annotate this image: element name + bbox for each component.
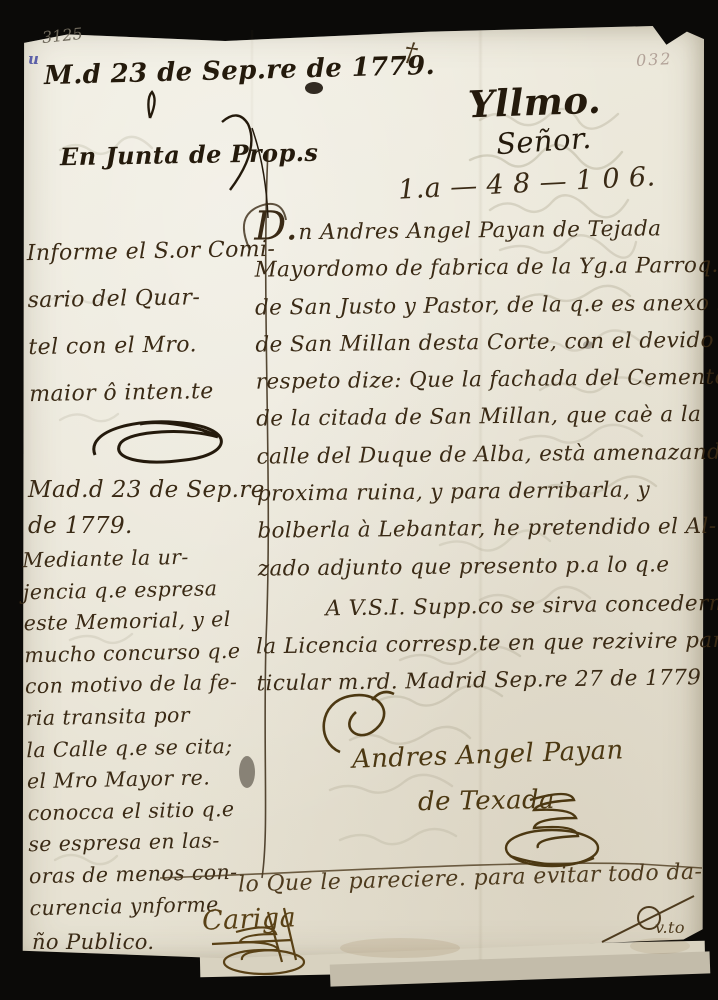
salutation-senor: Señor. — [495, 121, 593, 162]
margin-resolution-line: Mediante la ur- — [22, 541, 239, 577]
verso-mark: v.to — [655, 918, 685, 937]
margin-decree-line: Informe el S.or Comi- — [26, 226, 275, 277]
petition-closing: A V.S.I. Supp.co se sirva concederme la … — [255, 585, 718, 703]
margin-resolution-line: la Calle q.e se cita; — [26, 730, 243, 766]
decree-date-line1: Mad.d 23 de Sep.re — [28, 477, 265, 503]
body-line: de San Millan desta Corte, con el devido — [255, 321, 718, 364]
margin-decree-line: sario del Quar- — [27, 273, 276, 324]
margin-resolution-line: mucho concurso q.e — [24, 636, 241, 672]
resolution-end: ño Publico. — [32, 930, 154, 954]
petition-line: A V.S.I. Supp.co se sirva concederme — [255, 585, 718, 629]
body-line: zado adjunto que presento p.a lo q.e — [258, 545, 718, 588]
body-line: calle del Duque de Alba, està amenazando — [256, 433, 718, 476]
margin-resolution-line: ria transita por — [25, 699, 242, 735]
margin-resolution-line: oras de menos con- — [29, 857, 246, 893]
petition-line: la Licencia corresp.te en que rezivire p… — [256, 622, 718, 666]
margin-resolution-line: con motivo de la fe- — [25, 667, 242, 703]
margin-resolution-line: conocca el sitio q.e — [27, 793, 244, 829]
salutation-illmo: Yllmo. — [467, 78, 601, 127]
body-line: respeto dize: Que la fachada del Cemente… — [256, 359, 718, 402]
body-line: de San Justo y Pastor, de la q.e es anex… — [255, 284, 718, 327]
petition-line: ticular m.rd. Madrid Sep.re 27 de 1779 — [256, 659, 718, 703]
body-line: de la citada de San Millan, que caè a la — [256, 396, 718, 439]
margin-decree-line: tel con el Mro. — [28, 320, 277, 371]
margin-resolution: Mediante la ur- jencia q.e espresa este … — [22, 541, 246, 925]
margin-decree-line: maior ô inten.te — [29, 367, 278, 418]
fold-crease — [250, 30, 254, 150]
body-line: Mayordomo de fabrica de la Yg.a Parroq.a — [254, 247, 718, 290]
margin-decree: Informe el S.or Comi- sario del Quar- te… — [26, 226, 278, 418]
manuscript-scan: 3125 u 032 † M.d 23 de Sep.re de 1779. E… — [0, 0, 718, 1000]
margin-resolution-line: jencia q.e espresa — [23, 572, 240, 608]
folio-number-pencil: 032 — [636, 49, 673, 70]
junta-note: En Junta de Prop.s — [60, 138, 319, 172]
blue-pencil-mark: u — [28, 50, 39, 68]
petitioner-signature-line2: de Texada — [418, 785, 555, 817]
margin-resolution-line: este Memorial, y el — [23, 604, 240, 640]
decree-date-line2: de 1779. — [28, 513, 133, 539]
margin-resolution-line: el Mro Mayor re. — [27, 762, 244, 798]
official-signature: Cariga — [201, 902, 296, 936]
petition-body: D.n Andres Angel Payan de Tejada Mayordo… — [254, 209, 718, 587]
body-line: bolberla à Lebantar, he pretendido el Al… — [257, 508, 718, 551]
margin-resolution-line: se espresa en las- — [28, 825, 245, 861]
body-line: D.n Andres Angel Payan de Tejada — [254, 209, 718, 252]
body-line: proxima ruina, y para derribarla, y — [257, 470, 718, 513]
